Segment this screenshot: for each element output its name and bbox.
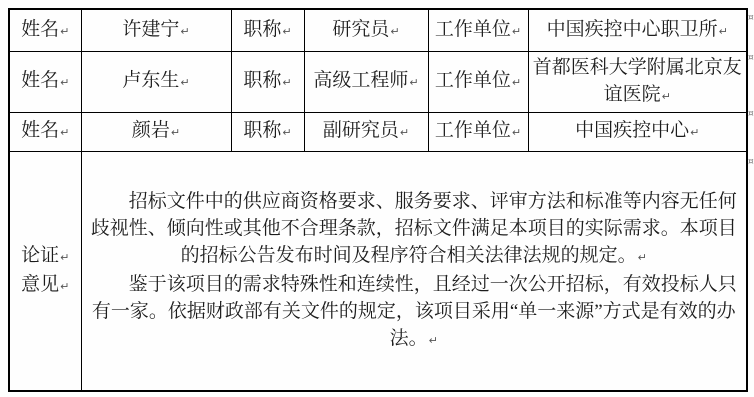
unit-value: 中国疾控中心职卫所 [547,19,718,40]
paragraph-mark-icon: ↵ [662,90,671,103]
paragraph-mark-icon: ↵ [171,126,180,139]
name-label: 姓名 [21,70,59,91]
name-label: 姓名 [21,120,59,141]
end-of-row-mark-icon: ¤ [748,14,754,23]
title-value: 高级工程师 [313,70,408,91]
title-value: 副研究员 [323,120,399,141]
opinion-paragraph: 招标文件中的供应商资格要求、服务要求、评审方法和标准等内容无任何歧视性、倾向性或… [86,188,743,271]
unit-value-cell: 首都医科大学附属北京友谊医院↵ [528,51,747,112]
name-label-cell: 姓名↵ [9,51,81,112]
end-of-row-mark-icon: ¤ [748,110,754,119]
paragraph-mark-icon: ↵ [180,76,189,89]
paragraph-mark-icon: ↵ [409,76,418,89]
title-label-cell: 职称↵ [231,51,304,112]
paragraph-mark-icon: ↵ [512,76,521,89]
unit-label-cell: 工作单位↵ [428,112,528,151]
unit-label: 工作单位 [435,70,511,91]
unit-label-cell: 工作单位↵ [428,51,528,112]
paragraph-mark-icon: ↵ [690,126,699,139]
paragraph-mark-icon: ↵ [60,251,69,264]
unit-label: 工作单位 [435,19,511,40]
name-value-cell: 许建宁↵ [81,9,231,51]
unit-value: 中国疾控中心 [575,120,689,141]
opinion-label-text: 意见 [21,274,59,295]
name-value-cell: 卢东生↵ [81,51,231,112]
unit-value: 首都医科大学附属北京友谊医院 [533,57,742,105]
paragraph-mark-icon: ↵ [60,25,69,38]
paragraph-mark-icon: ↵ [282,76,291,89]
opinion-label-text: 论证 [21,245,59,266]
opinion-paragraph: 鉴于该项目的需求特殊性和连续性，且经过一次公开招标，有效投标人只有一家。依据财政… [86,271,743,354]
paragraph-mark-icon: ↵ [282,126,291,139]
opinion-label-line: 论证↵ [14,242,77,271]
title-label-cell: 职称↵ [231,9,304,51]
end-of-row-mark-icon: ¤ [748,54,754,63]
expert-row-1: 姓名↵ 许建宁↵ 职称↵ 研究员↵ 工作单位↵ 中国疾控中心职卫所↵ [9,9,747,51]
title-value-cell: 副研究员↵ [304,112,428,151]
expert-row-3: 姓名↵ 颜岩↵ 职称↵ 副研究员↵ 工作单位↵ 中国疾控中心↵ [9,112,747,151]
title-value-cell: 高级工程师↵ [304,51,428,112]
unit-label: 工作单位 [435,120,511,141]
unit-label-cell: 工作单位↵ [428,9,528,51]
paragraph-mark-icon: ↵ [390,25,399,38]
end-of-row-mark-icon: ¤ [748,158,754,167]
expert-review-table: 姓名↵ 许建宁↵ 职称↵ 研究员↵ 工作单位↵ 中国疾控中心职卫所↵ 姓名↵ 卢… [8,8,748,392]
opinion-label-line: 意见↵ [14,271,77,300]
paragraph-mark-icon: ↵ [400,126,409,139]
name-label: 姓名 [21,19,59,40]
opinion-content-cell: 招标文件中的供应商资格要求、服务要求、评审方法和标准等内容无任何歧视性、倾向性或… [81,151,747,391]
name-value: 许建宁 [122,19,179,40]
unit-value-cell: 中国疾控中心↵ [528,112,747,151]
paragraph-mark-icon: ↵ [282,25,291,38]
paragraph-mark-icon: ↵ [719,25,728,38]
title-value-cell: 研究员↵ [304,9,428,51]
paragraph-mark-icon: ↵ [60,126,69,139]
name-value-cell: 颜岩↵ [81,112,231,151]
opinion-row: 论证↵ 意见↵ 招标文件中的供应商资格要求、服务要求、评审方法和标准等内容无任何… [9,151,747,391]
opinion-paragraph-text: 鉴于该项目的需求特殊性和连续性，且经过一次公开招标，有效投标人只有一家。依据财政… [92,274,737,349]
paragraph-mark-icon: ↵ [512,126,521,139]
unit-value-cell: 中国疾控中心职卫所↵ [528,9,747,51]
title-label: 职称 [243,120,281,141]
paragraph-mark-icon: ↵ [60,76,69,89]
title-label: 职称 [243,70,281,91]
name-value: 颜岩 [132,120,170,141]
title-label: 职称 [243,19,281,40]
title-value: 研究员 [332,19,389,40]
opinion-label-cell: 论证↵ 意见↵ [9,151,81,391]
paragraph-mark-icon: ↵ [180,25,189,38]
name-value: 卢东生 [122,70,179,91]
document-page: 姓名↵ 许建宁↵ 职称↵ 研究员↵ 工作单位↵ 中国疾控中心职卫所↵ 姓名↵ 卢… [0,0,754,397]
paragraph-mark-icon: ↵ [512,25,521,38]
expert-row-2: 姓名↵ 卢东生↵ 职称↵ 高级工程师↵ 工作单位↵ 首都医科大学附属北京友谊医院… [9,51,747,112]
paragraph-mark-icon: ↵ [638,251,647,264]
title-label-cell: 职称↵ [231,112,304,151]
paragraph-mark-icon: ↵ [429,334,438,347]
name-label-cell: 姓名↵ [9,9,81,51]
name-label-cell: 姓名↵ [9,112,81,151]
paragraph-mark-icon: ↵ [60,280,69,293]
